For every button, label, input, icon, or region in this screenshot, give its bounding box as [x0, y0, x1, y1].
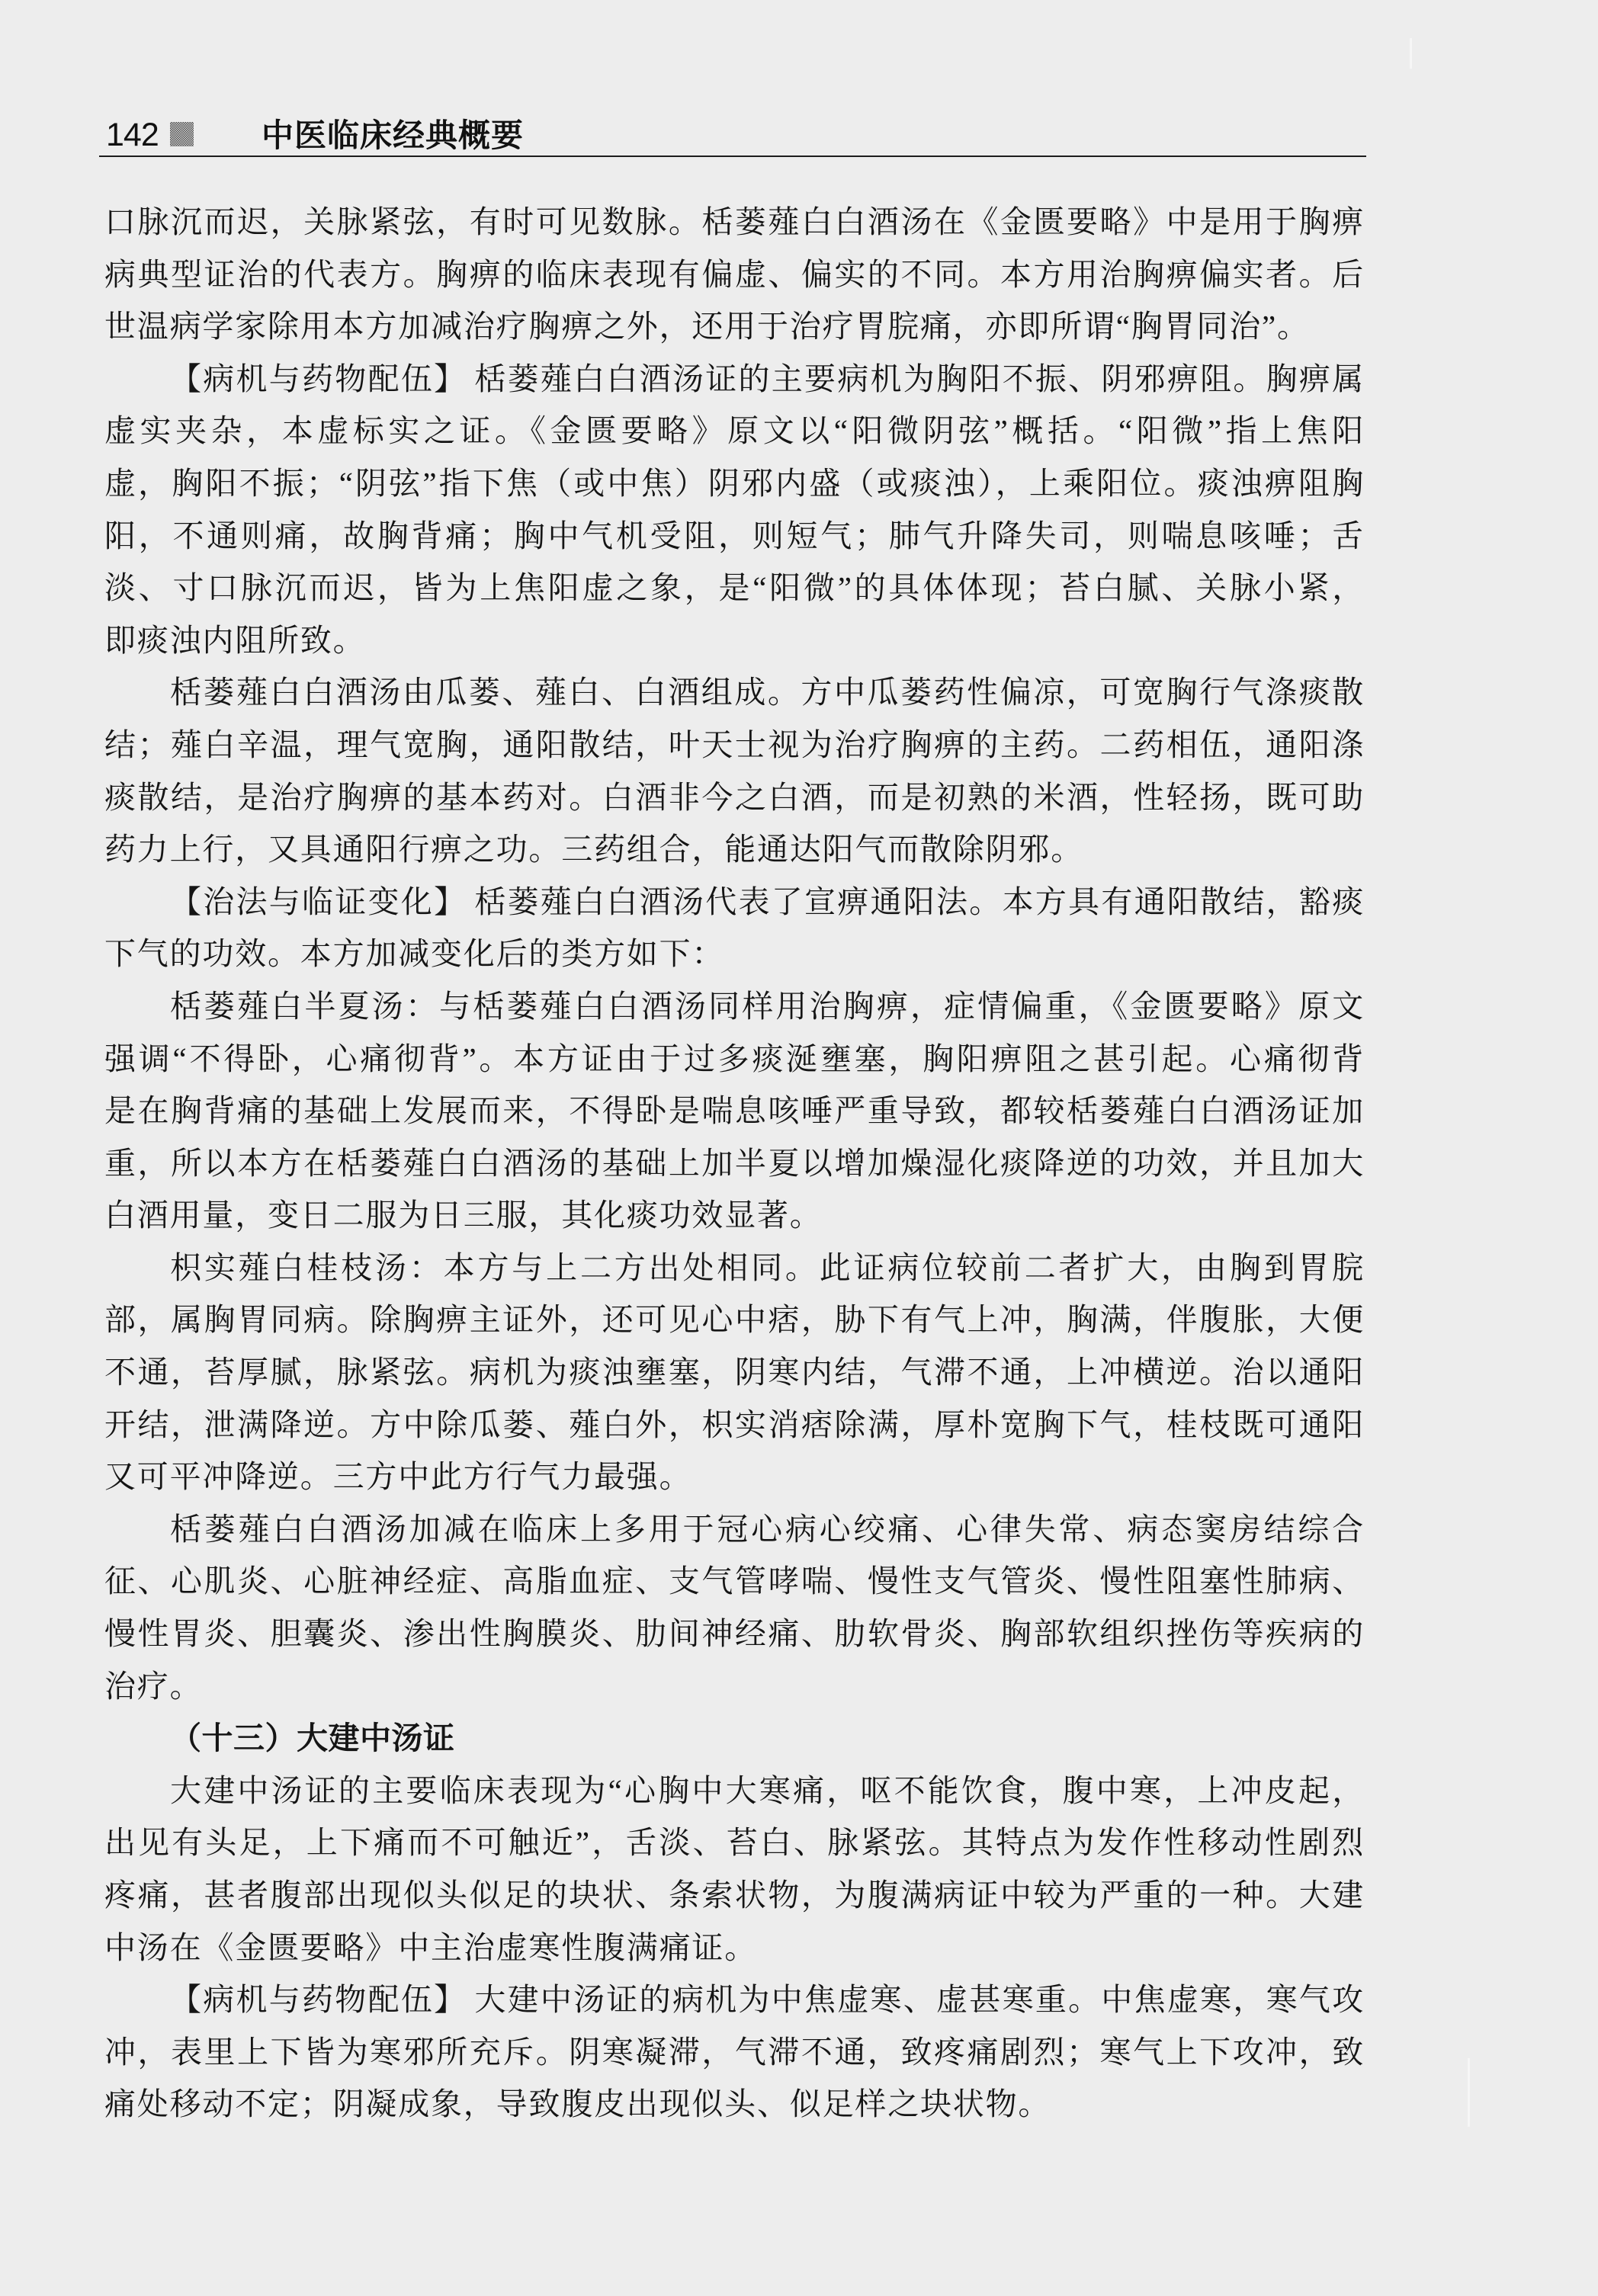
- scan-artifact: [1468, 2058, 1470, 2127]
- text-line: 结；薤白辛温，理气宽胸，通阳散结，叶天士视为治疗胸痹的主药。二药相伍，通阳涤: [104, 719, 1365, 771]
- text-line: 治疗。: [104, 1660, 1365, 1713]
- text-line: 痛处移动不定；阴凝成象，导致腹皮出现似头、似足样之块状物。: [104, 2078, 1365, 2131]
- text-line: 痰散结，是治疗胸痹的基本药对。白酒非今之白酒，而是初熟的米酒，性轻扬，既可助: [104, 771, 1365, 824]
- paragraph-composition: 栝蒌薤白白酒汤由瓜蒌、薤白、白酒组成。方中瓜蒌药性偏凉，可宽胸行气涤痰散 结；薤…: [104, 666, 1365, 875]
- text-line: 虚实夹杂，本虚标实之证。《金匮要略》原文以“阳微阴弦”概括。“阳微”指上焦阳: [104, 405, 1365, 457]
- text-line: 【治法与临证变化】栝蒌薤白白酒汤代表了宣痹通阳法。本方具有通阳散结，豁痰: [104, 876, 1365, 928]
- text-line: 白酒用量，变日二服为日三服，其化痰功效显著。: [104, 1189, 1365, 1242]
- text-line: 慢性胃炎、胆囊炎、渗出性胸膜炎、肋间神经痛、肋软骨炎、胸部软组织挫伤等疾病的: [104, 1608, 1365, 1660]
- text-line: 又可平冲降逆。三方中此方行气力最强。: [104, 1451, 1365, 1503]
- text-line: 口脉沉而迟，关脉紧弦，有时可见数脉。栝蒌薤白白酒汤在《金匮要略》中是用于胸痹: [104, 196, 1365, 249]
- text-line: 【病机与药物配伍】栝蒌薤白白酒汤证的主要病机为胸阳不振、阴邪痹阻。胸痹属: [104, 353, 1365, 406]
- text-line: 即痰浊内阻所致。: [104, 614, 1365, 667]
- header-marker-square: [170, 122, 194, 146]
- text-line: 大建中汤证的主要临床表现为“心胸中大寒痛，呕不能饮食，腹中寒，上冲皮起，: [104, 1765, 1365, 1817]
- section-label: 【治法与临证变化】: [170, 884, 467, 919]
- paragraph-treatment: 【治法与临证变化】栝蒌薤白白酒汤代表了宣痹通阳法。本方具有通阳散结，豁痰 下气的…: [104, 876, 1365, 980]
- section-label: 【病机与药物配伍】: [170, 361, 467, 396]
- paragraph-variant-banxia: 栝蒌薤白半夏汤：与栝蒌薤白白酒汤同样用治胸痹，症情偏重，《金匮要略》原文 强调“…: [104, 980, 1365, 1242]
- text-line: 世温病学家除用本方加减治疗胸痹之外，还用于治疗胃脘痛，亦即所谓“胸胃同治”。: [104, 300, 1365, 353]
- text-line: 栝蒌薤白白酒汤由瓜蒌、薤白、白酒组成。方中瓜蒌药性偏凉，可宽胸行气涤痰散: [104, 666, 1365, 719]
- text-run: 栝蒌薤白白酒汤代表了宣痹通阳法。本方具有通阳散结，豁痰: [474, 884, 1365, 919]
- text-line: 虚，胸阳不振；“阴弦”指下焦（或中焦）阴邪内盛（或痰浊），上乘阳位。痰浊痹阻胸: [104, 457, 1365, 510]
- paragraph-dajianzhong-pathogenesis: 【病机与药物配伍】大建中汤证的病机为中焦虚寒、虚甚寒重。中焦虚寒，寒气攻 冲，表…: [104, 1974, 1365, 2131]
- running-book-title: 中医临床经典概要: [262, 119, 524, 152]
- text-line: 部，属胸胃同病。除胸痹主证外，还可见心中痞，胁下有气上冲，胸满，伴腹胀，大便: [104, 1294, 1365, 1346]
- paragraph-clinical-use: 栝蒌薤白白酒汤加减在临床上多用于冠心病心绞痛、心律失常、病态窦房结综合 征、心肌…: [104, 1503, 1365, 1712]
- section-label: 【病机与药物配伍】: [170, 1982, 467, 2017]
- text-line: 不通，苔厚腻，脉紧弦。病机为痰浊壅塞，阴寒内结，气滞不通，上冲横逆。治以通阳: [104, 1346, 1365, 1399]
- paragraph-pathogenesis: 【病机与药物配伍】栝蒌薤白白酒汤证的主要病机为胸阳不振、阴邪痹阻。胸痹属 虚实夹…: [104, 353, 1365, 667]
- section-heading: （十三）大建中汤证: [104, 1712, 1365, 1765]
- text-line: 强调“不得卧，心痛彻背”。本方证由于过多痰涎壅塞，胸阳痹阻之甚引起。心痛彻背: [104, 1033, 1365, 1085]
- text-line: 栝蒌薤白半夏汤：与栝蒌薤白白酒汤同样用治胸痹，症情偏重，《金匮要略》原文: [104, 980, 1365, 1033]
- text-line: 疼痛，甚者腹部出现似头似足的块状、条索状物，为腹满病证中较为严重的一种。大建: [104, 1869, 1365, 1922]
- text-line: 枳实薤白桂枝汤：本方与上二方出处相同。此证病位较前二者扩大，由胸到胃脘: [104, 1242, 1365, 1294]
- text-line: 冲，表里上下皆为寒邪所充斥。阴寒凝滞，气滞不通，致疼痛剧烈；寒气上下攻冲，致: [104, 2026, 1365, 2079]
- paragraph-dajianzhong: 大建中汤证的主要临床表现为“心胸中大寒痛，呕不能饮食，腹中寒，上冲皮起， 出见有…: [104, 1765, 1365, 1974]
- text-line: 阳，不通则痛，故胸背痛；胸中气机受阻，则短气；肺气升降失司，则喘息咳唾；舌: [104, 510, 1365, 563]
- text-line: 征、心肌炎、心脏神经症、高脂血症、支气管哮喘、慢性支气管炎、慢性阻塞性肺病、: [104, 1555, 1365, 1608]
- page-body: 口脉沉而迟，关脉紧弦，有时可见数脉。栝蒌薤白白酒汤在《金匮要略》中是用于胸痹 病…: [104, 196, 1365, 2131]
- paragraph-variant-guizhi: 枳实薤白桂枝汤：本方与上二方出处相同。此证病位较前二者扩大，由胸到胃脘 部，属胸…: [104, 1242, 1365, 1503]
- text-line: 病典型证治的代表方。胸痹的临床表现有偏虚、偏实的不同。本方用治胸痹偏实者。后: [104, 249, 1365, 301]
- page-number: 142: [106, 118, 159, 152]
- text-line: 出见有头足，上下痛而不可触近”，舌淡、苔白、脉紧弦。其特点为发作性移动性剧烈: [104, 1817, 1365, 1869]
- text-line: 栝蒌薤白白酒汤加减在临床上多用于冠心病心绞痛、心律失常、病态窦房结综合: [104, 1503, 1365, 1556]
- paragraph-continuation: 口脉沉而迟，关脉紧弦，有时可见数脉。栝蒌薤白白酒汤在《金匮要略》中是用于胸痹 病…: [104, 196, 1365, 353]
- text-line: 重，所以本方在栝蒌薤白白酒汤的基础上加半夏以增加燥湿化痰降逆的功效，并且加大: [104, 1137, 1365, 1190]
- text-run: 大建中汤证的病机为中焦虚寒、虚甚寒重。中焦虚寒，寒气攻: [474, 1982, 1365, 2017]
- text-line: 淡、寸口脉沉而迟，皆为上焦阳虚之象，是“阳微”的具体体现；苔白腻、关脉小紧，: [104, 562, 1365, 614]
- text-line: 【病机与药物配伍】大建中汤证的病机为中焦虚寒、虚甚寒重。中焦虚寒，寒气攻: [104, 1974, 1365, 2026]
- scan-artifact: [1410, 38, 1412, 69]
- text-line: 中汤在《金匮要略》中主治虚寒性腹满痛证。: [104, 1922, 1365, 1974]
- text-line: 下气的功效。本方加减变化后的类方如下：: [104, 928, 1365, 980]
- text-line: 开结，泄满降逆。方中除瓜蒌、薤白外，枳实消痞除满，厚朴宽胸下气，桂枝既可通阳: [104, 1399, 1365, 1451]
- text-run: 栝蒌薤白白酒汤证的主要病机为胸阳不振、阴邪痹阻。胸痹属: [474, 361, 1365, 396]
- text-line: 是在胸背痛的基础上发展而来，不得卧是喘息咳唾严重导致，都较栝蒌薤白白酒汤证加: [104, 1085, 1365, 1137]
- text-line: 药力上行，又具通阳行痹之功。三药组合，能通达阳气而散除阴邪。: [104, 823, 1365, 876]
- header-rule: [99, 156, 1366, 157]
